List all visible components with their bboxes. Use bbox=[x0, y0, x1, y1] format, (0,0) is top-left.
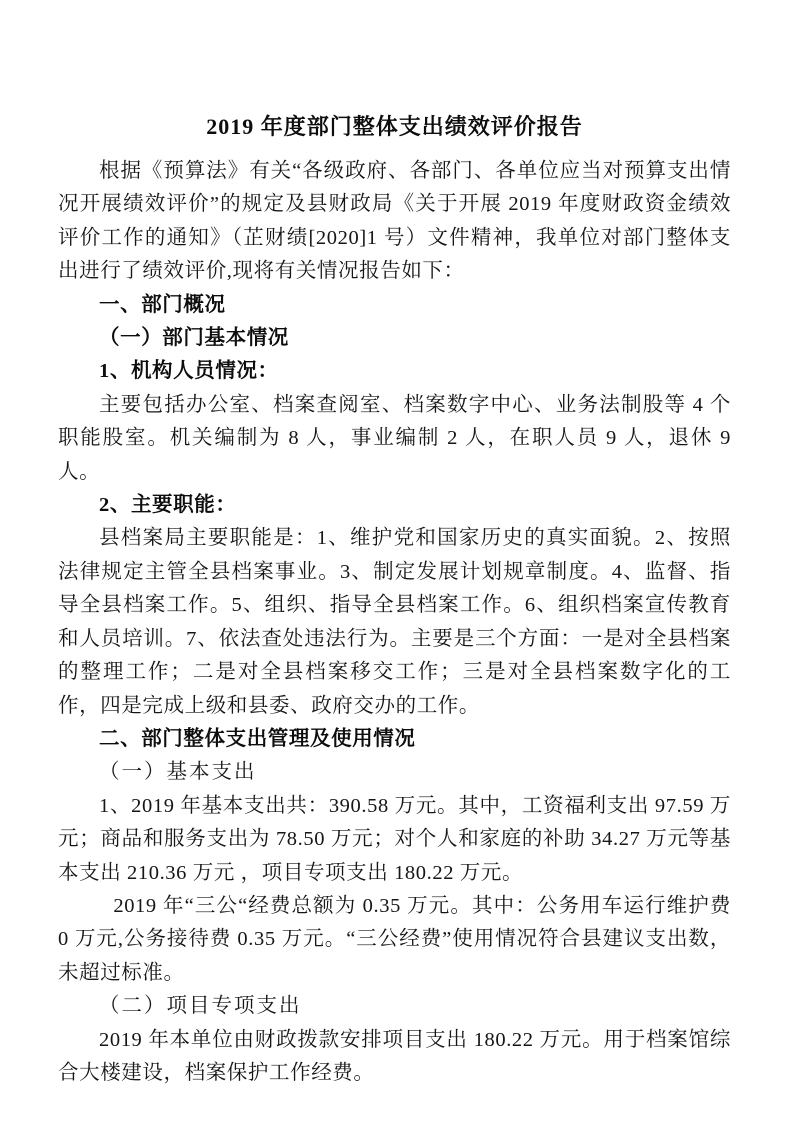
document-content: 2019 年度部门整体支出绩效评价报告 根据《预算法》有关“各级政府、各部门、各… bbox=[0, 0, 793, 1090]
paragraph: 2019 年“三公“经费总额为 0.35 万元。其中：公务用车运行维护费 0 万… bbox=[58, 890, 731, 990]
paragraph: 一、部门概况 bbox=[58, 289, 731, 322]
paragraph: 1、2019 年基本支出共：390.58 万元。其中，工资福利支出 97.59 … bbox=[58, 790, 731, 890]
document-title: 2019 年度部门整体支出绩效评价报告 bbox=[58, 112, 731, 142]
paragraph: 根据《预算法》有关“各级政府、各部门、各单位应当对预算支出情况开展绩效评价”的规… bbox=[58, 155, 731, 289]
paragraph: 二、部门整体支出管理及使用情况 bbox=[58, 723, 731, 756]
document-page: 2019 年度部门整体支出绩效评价报告 根据《预算法》有关“各级政府、各部门、各… bbox=[0, 0, 793, 1122]
paragraph: （一）部门基本情况 bbox=[58, 322, 731, 355]
paragraph: 2、主要职能： bbox=[58, 489, 731, 522]
document-body: 根据《预算法》有关“各级政府、各部门、各单位应当对预算支出情况开展绩效评价”的规… bbox=[58, 155, 731, 1090]
paragraph: （二）项目专项支出 bbox=[58, 990, 731, 1023]
paragraph: 2019 年本单位由财政拨款安排项目支出 180.22 万元。用于档案馆综合大楼… bbox=[58, 1024, 731, 1091]
paragraph: 1、机构人员情况： bbox=[58, 355, 731, 388]
paragraph: 主要包括办公室、档案查阅室、档案数字中心、业务法制股等 4 个职能股室。机关编制… bbox=[58, 389, 731, 489]
paragraph: 县档案局主要职能是：1、维护党和国家历史的真实面貌。2、按照法律规定主管全县档案… bbox=[58, 522, 731, 722]
paragraph: （一）基本支出 bbox=[58, 756, 731, 789]
